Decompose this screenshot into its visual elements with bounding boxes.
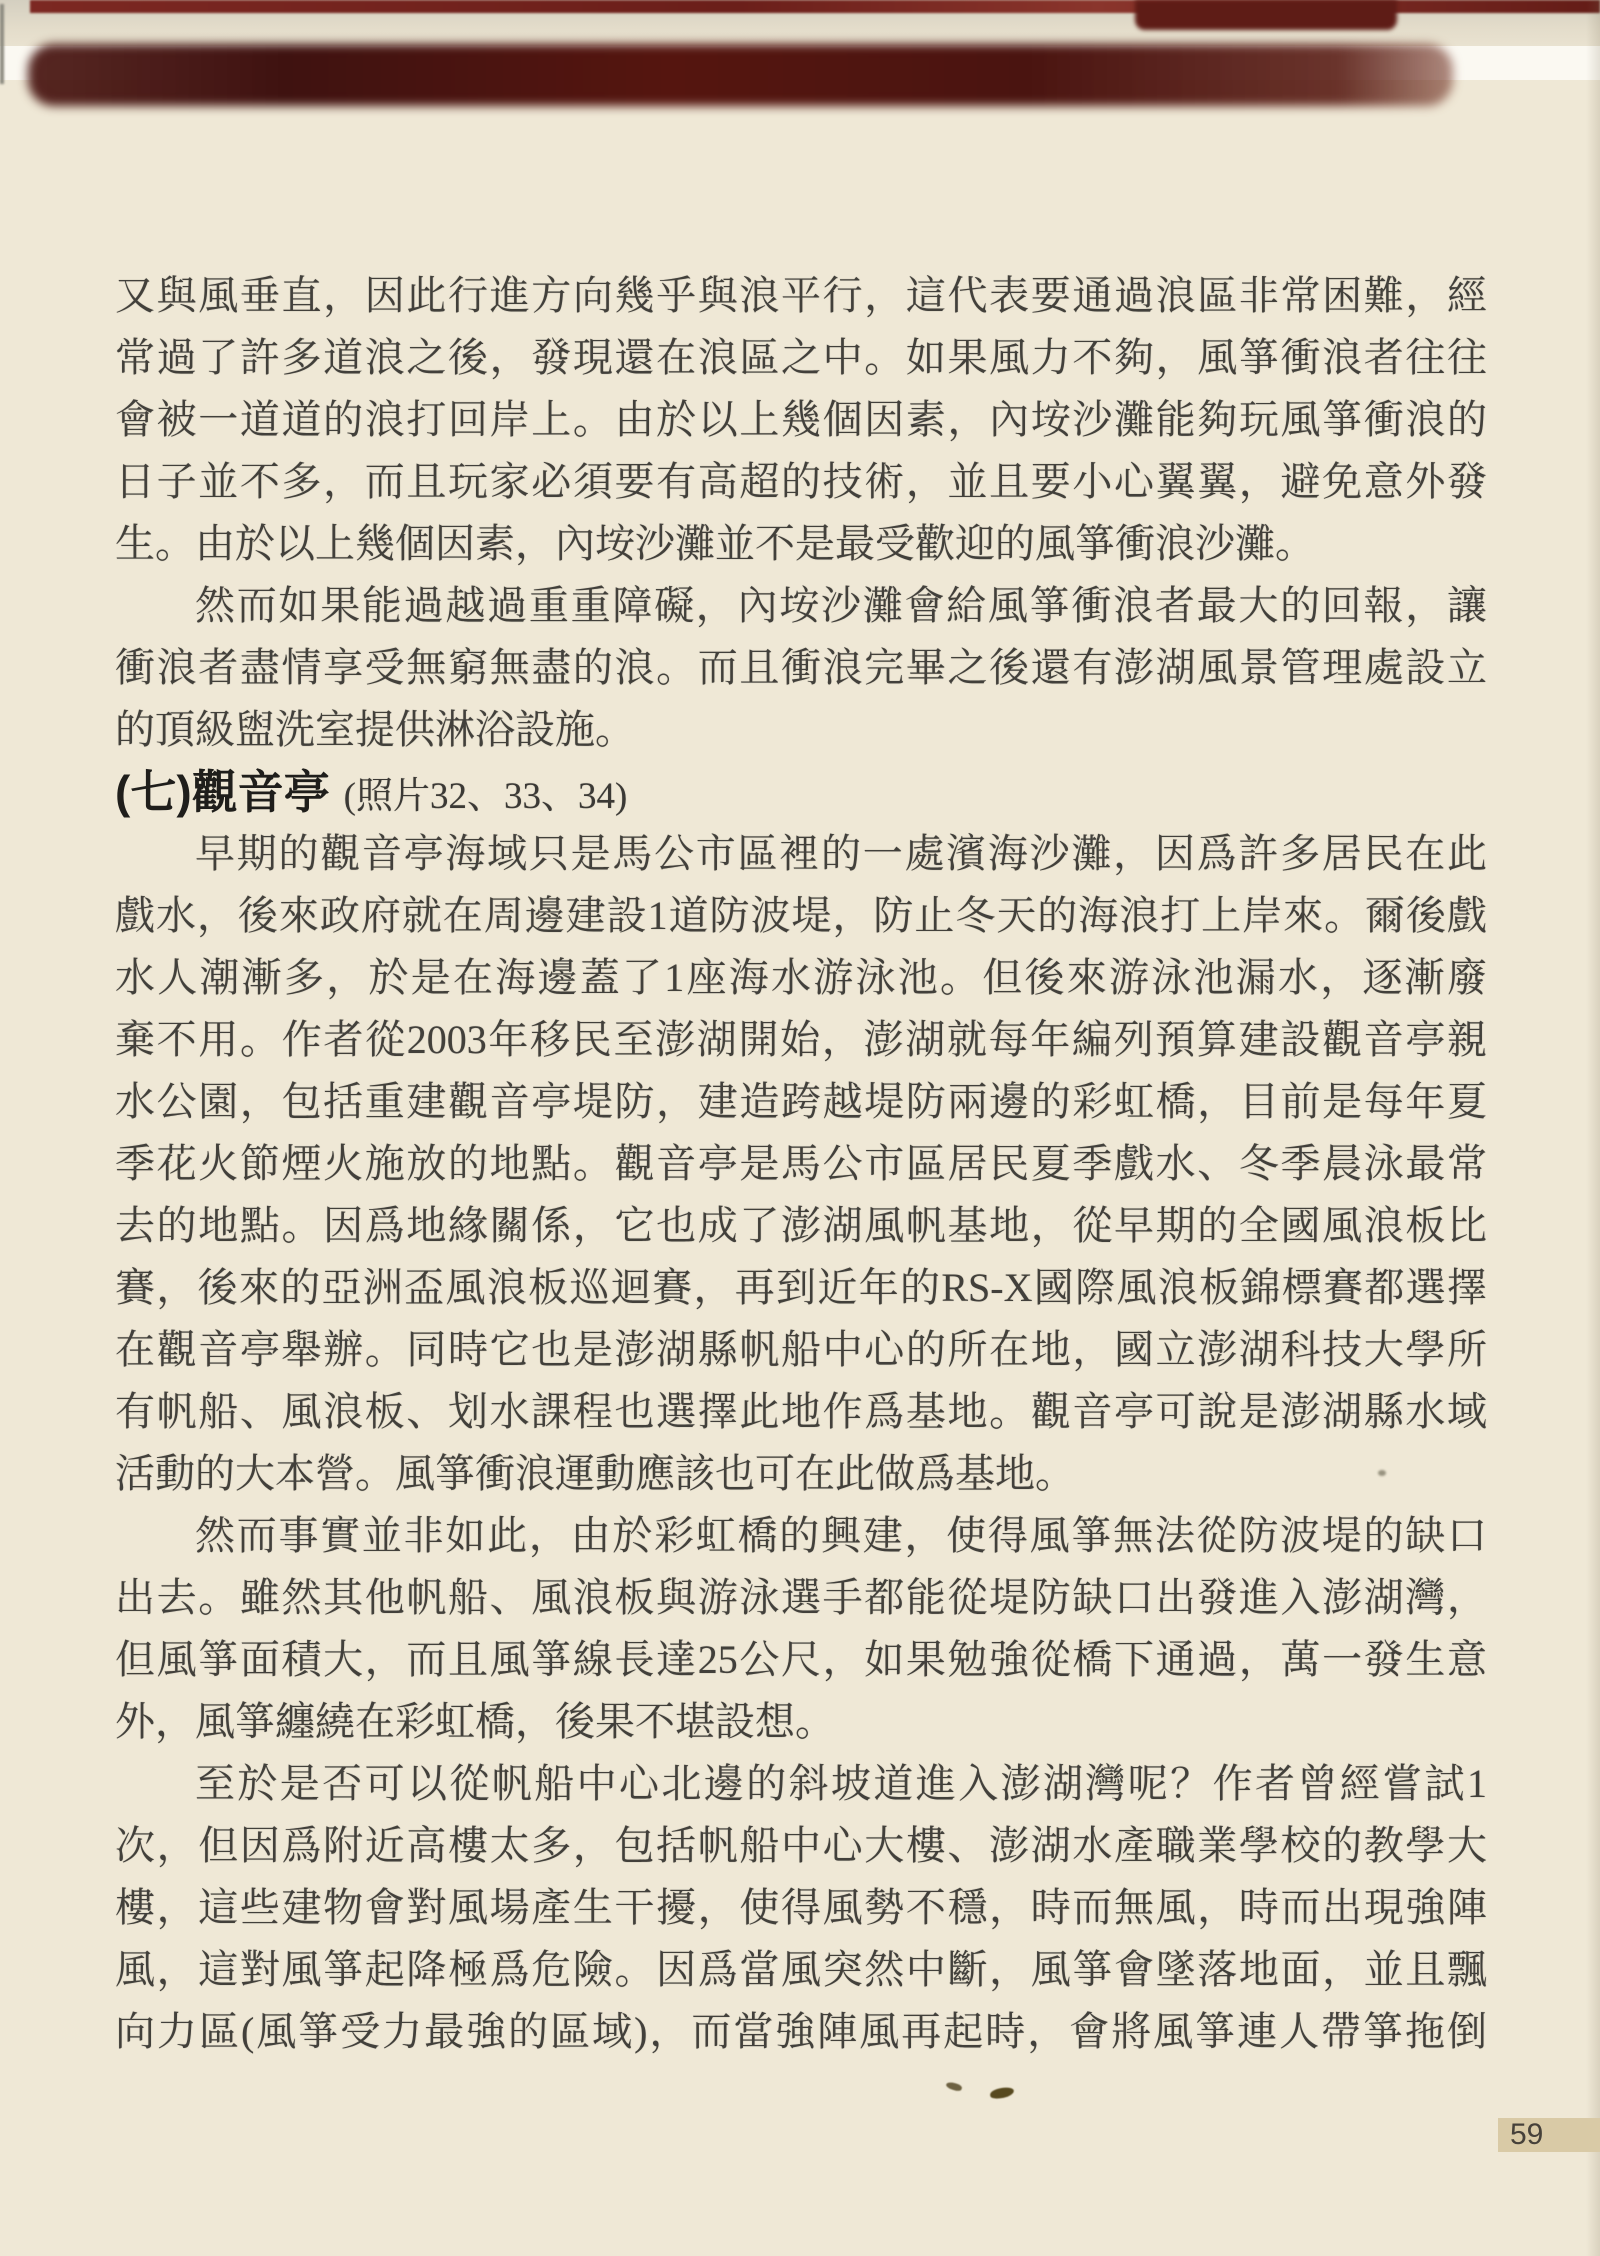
text-line: 日子並不多，而且玩家必須要有高超的技術，並且要小心翼翼，避免意外發 <box>115 451 1487 513</box>
text-line: 向力區(風箏受力最強的區域)，而當強陣風再起時，會將風箏連人帶箏拖倒 <box>115 2001 1487 2063</box>
ink-speck-1 <box>945 2081 962 2093</box>
heading-photo-ref: (照片32、33、34) <box>344 776 628 817</box>
text-line: 季花火節煙火施放的地點。觀音亭是馬公市區居民夏季戲水、冬季晨泳最常 <box>115 1133 1487 1195</box>
text-line: 然而事實並非如此，由於彩虹橋的興建，使得風箏無法從防波堤的缺口 <box>115 1505 1487 1567</box>
text-line: 衝浪者盡情享受無窮無盡的浪。而且衝浪完畢之後還有澎湖風景管理處設立 <box>115 637 1487 699</box>
text-line: 但風箏面積大，而且風箏線長達25公尺，如果勉強從橋下通過，萬一發生意 <box>115 1629 1487 1691</box>
text-line: 棄不用。作者從2003年移民至澎湖開始，澎湖就每年編列預算建設觀音亭親 <box>115 1009 1487 1071</box>
text-line: 次，但因爲附近高樓太多，包括帆船中心大樓、澎湖水產職業學校的教學大 <box>115 1815 1487 1877</box>
page-number: 59 <box>1498 2118 1543 2152</box>
scan-artifact-smear <box>28 44 1453 106</box>
page-number-badge: 59 <box>1498 2118 1600 2152</box>
text-line: 活動的大本營。風箏衝浪運動應該也可在此做爲基地。 <box>115 1443 1487 1505</box>
scan-right-shadow <box>1586 0 1600 2256</box>
text-line: 風，這對風箏起降極爲危險。因爲當風突然中斷，風箏會墜落地面，並且飄 <box>115 1939 1487 2001</box>
text-line: 在觀音亭舉辦。同時它也是澎湖縣帆船中心的所在地，國立澎湖科技大學所 <box>115 1319 1487 1381</box>
scanned-book-page: 又與風垂直，因此行進方向幾乎與浪平行，這代表要通過浪區非常困難，經常過了許多道浪… <box>0 0 1600 2256</box>
text-line: 又與風垂直，因此行進方向幾乎與浪平行，這代表要通過浪區非常困難，經 <box>115 265 1487 327</box>
ink-dot <box>1378 1470 1386 1476</box>
text-line: 會被一道道的浪打回岸上。由於以上幾個因素，內垵沙灘能夠玩風箏衝浪的 <box>115 389 1487 451</box>
text-block: 又與風垂直，因此行進方向幾乎與浪平行，這代表要通過浪區非常困難，經常過了許多道浪… <box>115 265 1487 2063</box>
text-line: 的頂級盥洗室提供淋浴設施。 <box>115 699 1487 761</box>
text-line: 早期的觀音亭海域只是馬公市區裡的一處濱海沙灘，因爲許多居民在此 <box>115 823 1487 885</box>
text-line: 至於是否可以從帆船中心北邊的斜坡道進入澎湖灣呢？作者曾經嘗試1 <box>115 1753 1487 1815</box>
text-line: 生。由於以上幾個因素，內垵沙灘並不是最受歡迎的風箏衝浪沙灘。 <box>115 513 1487 575</box>
text-line: 然而如果能過越過重重障礙，內垵沙灘會給風箏衝浪者最大的回報，讓 <box>115 575 1487 637</box>
text-line: 樓，這些建物會對風場產生干擾，使得風勢不穩，時而無風，時而出現強陣 <box>115 1877 1487 1939</box>
text-line: 水人潮漸多，於是在海邊蓋了1座海水游泳池。但後來游泳池漏水，逐漸廢 <box>115 947 1487 1009</box>
text-line: 賽，後來的亞洲盃風浪板巡迴賽，再到近年的RS-X國際風浪板錦標賽都選擇 <box>115 1257 1487 1319</box>
text-line: 外，風箏纏繞在彩虹橋，後果不堪設想。 <box>115 1691 1487 1753</box>
text-line: 出去。雖然其他帆船、風浪板與游泳選手都能從堤防缺口出發進入澎湖灣， <box>115 1567 1487 1629</box>
scan-artifact-blob <box>1135 0 1397 30</box>
ink-speck-2 <box>989 2086 1014 2099</box>
heading-title: (七)觀音亭 <box>115 766 330 818</box>
scan-left-edge <box>0 4 4 84</box>
text-line: 戲水，後來政府就在周邊建設1道防波堤，防止冬天的海浪打上岸來。爾後戲 <box>115 885 1487 947</box>
text-line: 水公園，包括重建觀音亭堤防，建造跨越堤防兩邊的彩虹橋，目前是每年夏 <box>115 1071 1487 1133</box>
text-line: 有帆船、風浪板、划水課程也選擇此地作爲基地。觀音亭可說是澎湖縣水域 <box>115 1381 1487 1443</box>
text-line: 去的地點。因爲地緣關係，它也成了澎湖風帆基地，從早期的全國風浪板比 <box>115 1195 1487 1257</box>
text-line: 常過了許多道浪之後，發現還在浪區之中。如果風力不夠，風箏衝浪者往往 <box>115 327 1487 389</box>
section-heading: (七)觀音亭(照片32、33、34) <box>115 761 1487 823</box>
